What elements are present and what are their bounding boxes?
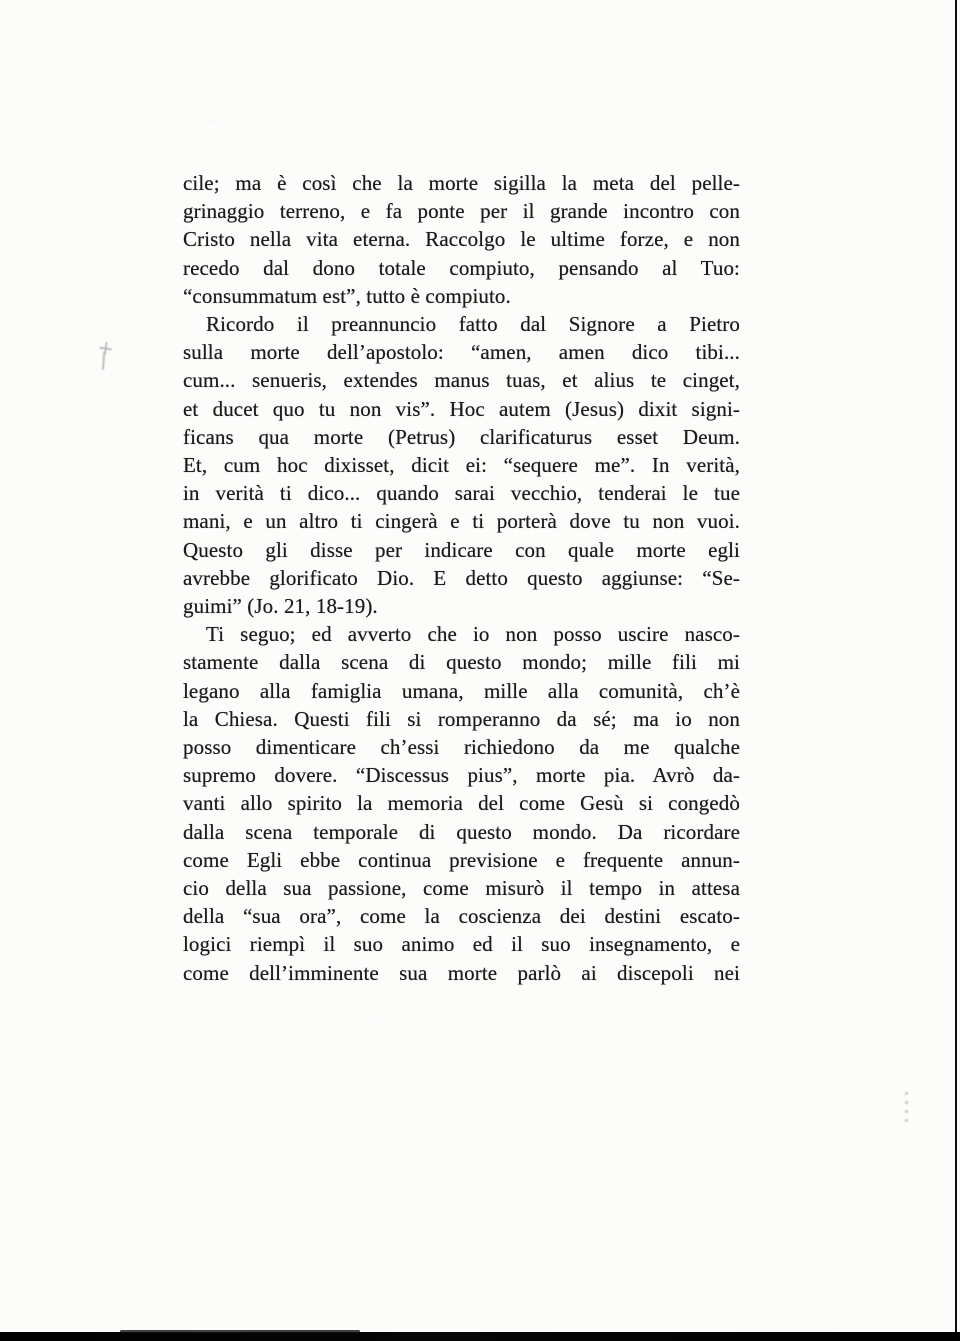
- text-line: sulla morte dell’apostolo: “amen, amen d…: [183, 338, 740, 366]
- text-line: stamente dalla scena di questo mondo; mi…: [183, 648, 740, 676]
- text-line: vanti allo spirito la memoria del come G…: [183, 789, 740, 817]
- text-line: ficans qua morte (Petrus) clarificaturus…: [183, 423, 740, 451]
- text-line: cio della sua passione, come misurò il t…: [183, 874, 740, 902]
- text-line: grinaggio terreno, e fa ponte per il gra…: [183, 197, 740, 225]
- text-line: “consummatum est”, tutto è compiuto.: [183, 282, 740, 310]
- text-line: legano alla famiglia umana, mille alla c…: [183, 677, 740, 705]
- pencil-margin-mark-icon: +: [85, 334, 125, 382]
- text-line: posso dimenticare ch’essi richiedono da …: [183, 733, 740, 761]
- text-line: come dell’imminente sua morte parlò ai d…: [183, 959, 740, 987]
- text-line: cum... senueris, extendes manus tuas, et…: [183, 366, 740, 394]
- text-line: in verità ti dico... quando sarai vecchi…: [183, 479, 740, 507]
- pencil-mark-tail: [102, 352, 105, 370]
- text-line: cile; ma è così che la morte sigilla la …: [183, 169, 740, 197]
- scan-smudge-mark: [905, 1092, 908, 1126]
- scan-bottom-bar: [0, 1332, 960, 1341]
- text-line paragraph-start: Ti seguo; ed avverto che io non posso us…: [183, 620, 740, 648]
- text-line paragraph-start: Ricordo il preannuncio fatto dal Signore…: [183, 310, 740, 338]
- text-line: la Chiesa. Questi fili si romperanno da …: [183, 705, 740, 733]
- text-line: Cristo nella vita eterna. Raccolgo le ul…: [183, 225, 740, 253]
- scanned-book-page: cile; ma è così che la morte sigilla la …: [0, 0, 960, 1341]
- text-line: della “sua ora”, come la coscienza dei d…: [183, 902, 740, 930]
- text-line: recedo dal dono totale compiuto, pensand…: [183, 254, 740, 282]
- text-line: mani, e un altro ti cingerà e ti porterà…: [183, 507, 740, 535]
- body-text-block: cile; ma è così che la morte sigilla la …: [183, 169, 740, 987]
- text-line: et ducet quo tu non vis”. Hoc autem (Jes…: [183, 395, 740, 423]
- text-line: come Egli ebbe continua previsione e fre…: [183, 846, 740, 874]
- text-line: avrebbe glorificato Dio. E detto questo …: [183, 564, 740, 592]
- text-line: logici riempì il suo animo ed il suo ins…: [183, 930, 740, 958]
- text-line: guimi” (Jo. 21, 18-19).: [183, 592, 740, 620]
- text-line: Questo gli disse per indicare con quale …: [183, 536, 740, 564]
- text-line: Et, cum hoc dixisset, dicit ei: “sequere…: [183, 451, 740, 479]
- text-line: dalla scena temporale di questo mondo. D…: [183, 818, 740, 846]
- scan-edge-line: [955, 0, 957, 1341]
- text-line: supremo dovere. “Discessus pius”, morte …: [183, 761, 740, 789]
- pencil-mark-glyph: +: [96, 337, 115, 359]
